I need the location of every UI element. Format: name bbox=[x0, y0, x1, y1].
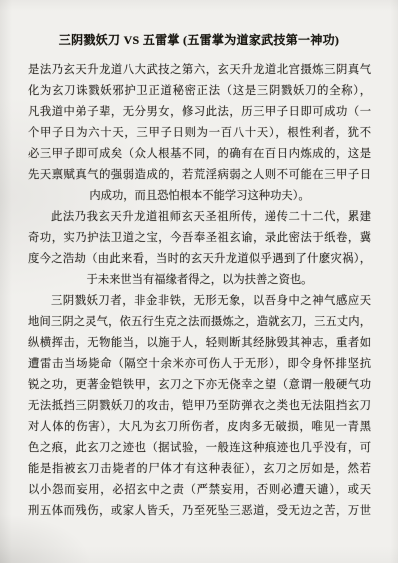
text-line: 化为玄刀诛戮妖邪护卫正道秘密正法（这是三阴戮妖刀的全称）， bbox=[28, 81, 371, 102]
text-line: 奇功，实乃护法卫道之宝，今吾奉圣祖玄谕，录此密法于纸卷，冀 bbox=[28, 228, 371, 249]
text-line-paragraph-start: 此法乃我玄天升龙道祖师玄天圣祖所传，递传二十二代，累建 bbox=[28, 207, 371, 228]
document-body: 是法乃玄天升龙道八大武技之第六，玄天升龙道北宫摄炼三阴真气 化为玄刀诛戮妖邪护卫… bbox=[28, 60, 371, 522]
text-line: 先天禀赋真气的强弱造成的，若荒淫病弱之人则不可能在三甲子日 bbox=[28, 165, 371, 186]
text-line: 度今之浩劫（由此来看，当时的玄天升龙道似乎遇到了什麽灾祸）， bbox=[28, 249, 371, 270]
text-line: 地间三阴之灵气，依五行生克之法而摄炼之，造就玄刀，三五丈内， bbox=[28, 312, 371, 333]
text-line: 对人体的伤害），大凡为玄刀所伤者，皮肉多无破损，唯见一青黑 bbox=[28, 417, 371, 438]
text-line: 以小怨而妄用，必招玄中之责（严禁妄用，否则必遭天谴），或天 bbox=[28, 480, 371, 501]
text-line-paragraph-start: 三阴戮妖刀者，非金非铁，无形无象，以吾身中之神气感应天 bbox=[28, 291, 371, 312]
text-line: 凡我道中弟子辈，无分男女，修习此法，历三甲子日即可成功（一 bbox=[28, 102, 371, 123]
text-line-paragraph-end: 内成功，而且恐怕根本不能学习这种功夫）。 bbox=[28, 186, 371, 207]
text-line: 无法抵挡三阴戮妖刀的攻击，铠甲乃至防弹衣之类也无法阻挡玄刀 bbox=[28, 396, 371, 417]
text-line: 能是指被玄刀击毙者的尸体才有这种表征），玄刀之厉如是，然若 bbox=[28, 459, 371, 480]
text-line: 遭雷击当场毙命（隔空十余米亦可伤人于无形），即令身怀排坚抗 bbox=[28, 354, 371, 375]
text-line: 个甲子日为六十天，三甲子日则为一百八十天），根性利者，犹不 bbox=[28, 123, 371, 144]
text-line: 锐之功，更著金铠铁甲，玄刀之下亦无侥幸之望（意谓一般硬气功 bbox=[28, 375, 371, 396]
document-page: 三阴戮妖刀 VS 五雷掌 (五雷掌为道家武技第一神功) 是法乃玄天升龙道八大武技… bbox=[0, 0, 398, 563]
text-line: 是法乃玄天升龙道八大武技之第六，玄天升龙道北宫摄炼三阴真气 bbox=[28, 60, 371, 81]
document-title: 三阴戮妖刀 VS 五雷掌 (五雷掌为道家武技第一神功) bbox=[20, 33, 378, 48]
text-line: 刑五体而残伤，或家人皆夭，乃至死坠三恶道，受无边之苦，万世 bbox=[28, 501, 371, 522]
text-line: 纵横挥击，无物能当，以施于人，轻则断其经脉毁其神志，重者如 bbox=[28, 333, 371, 354]
text-line-paragraph-end: 于未来世当有福缘者得之，以为扶善之资也。 bbox=[28, 270, 371, 291]
text-line: 色之痕，此玄刀之迹也（据试验，一般连这种痕迹也几乎没有，可 bbox=[28, 438, 371, 459]
text-line: 必三甲子即可成矣（众人根基不同，的确有在百日内炼成的，这是 bbox=[28, 144, 371, 165]
